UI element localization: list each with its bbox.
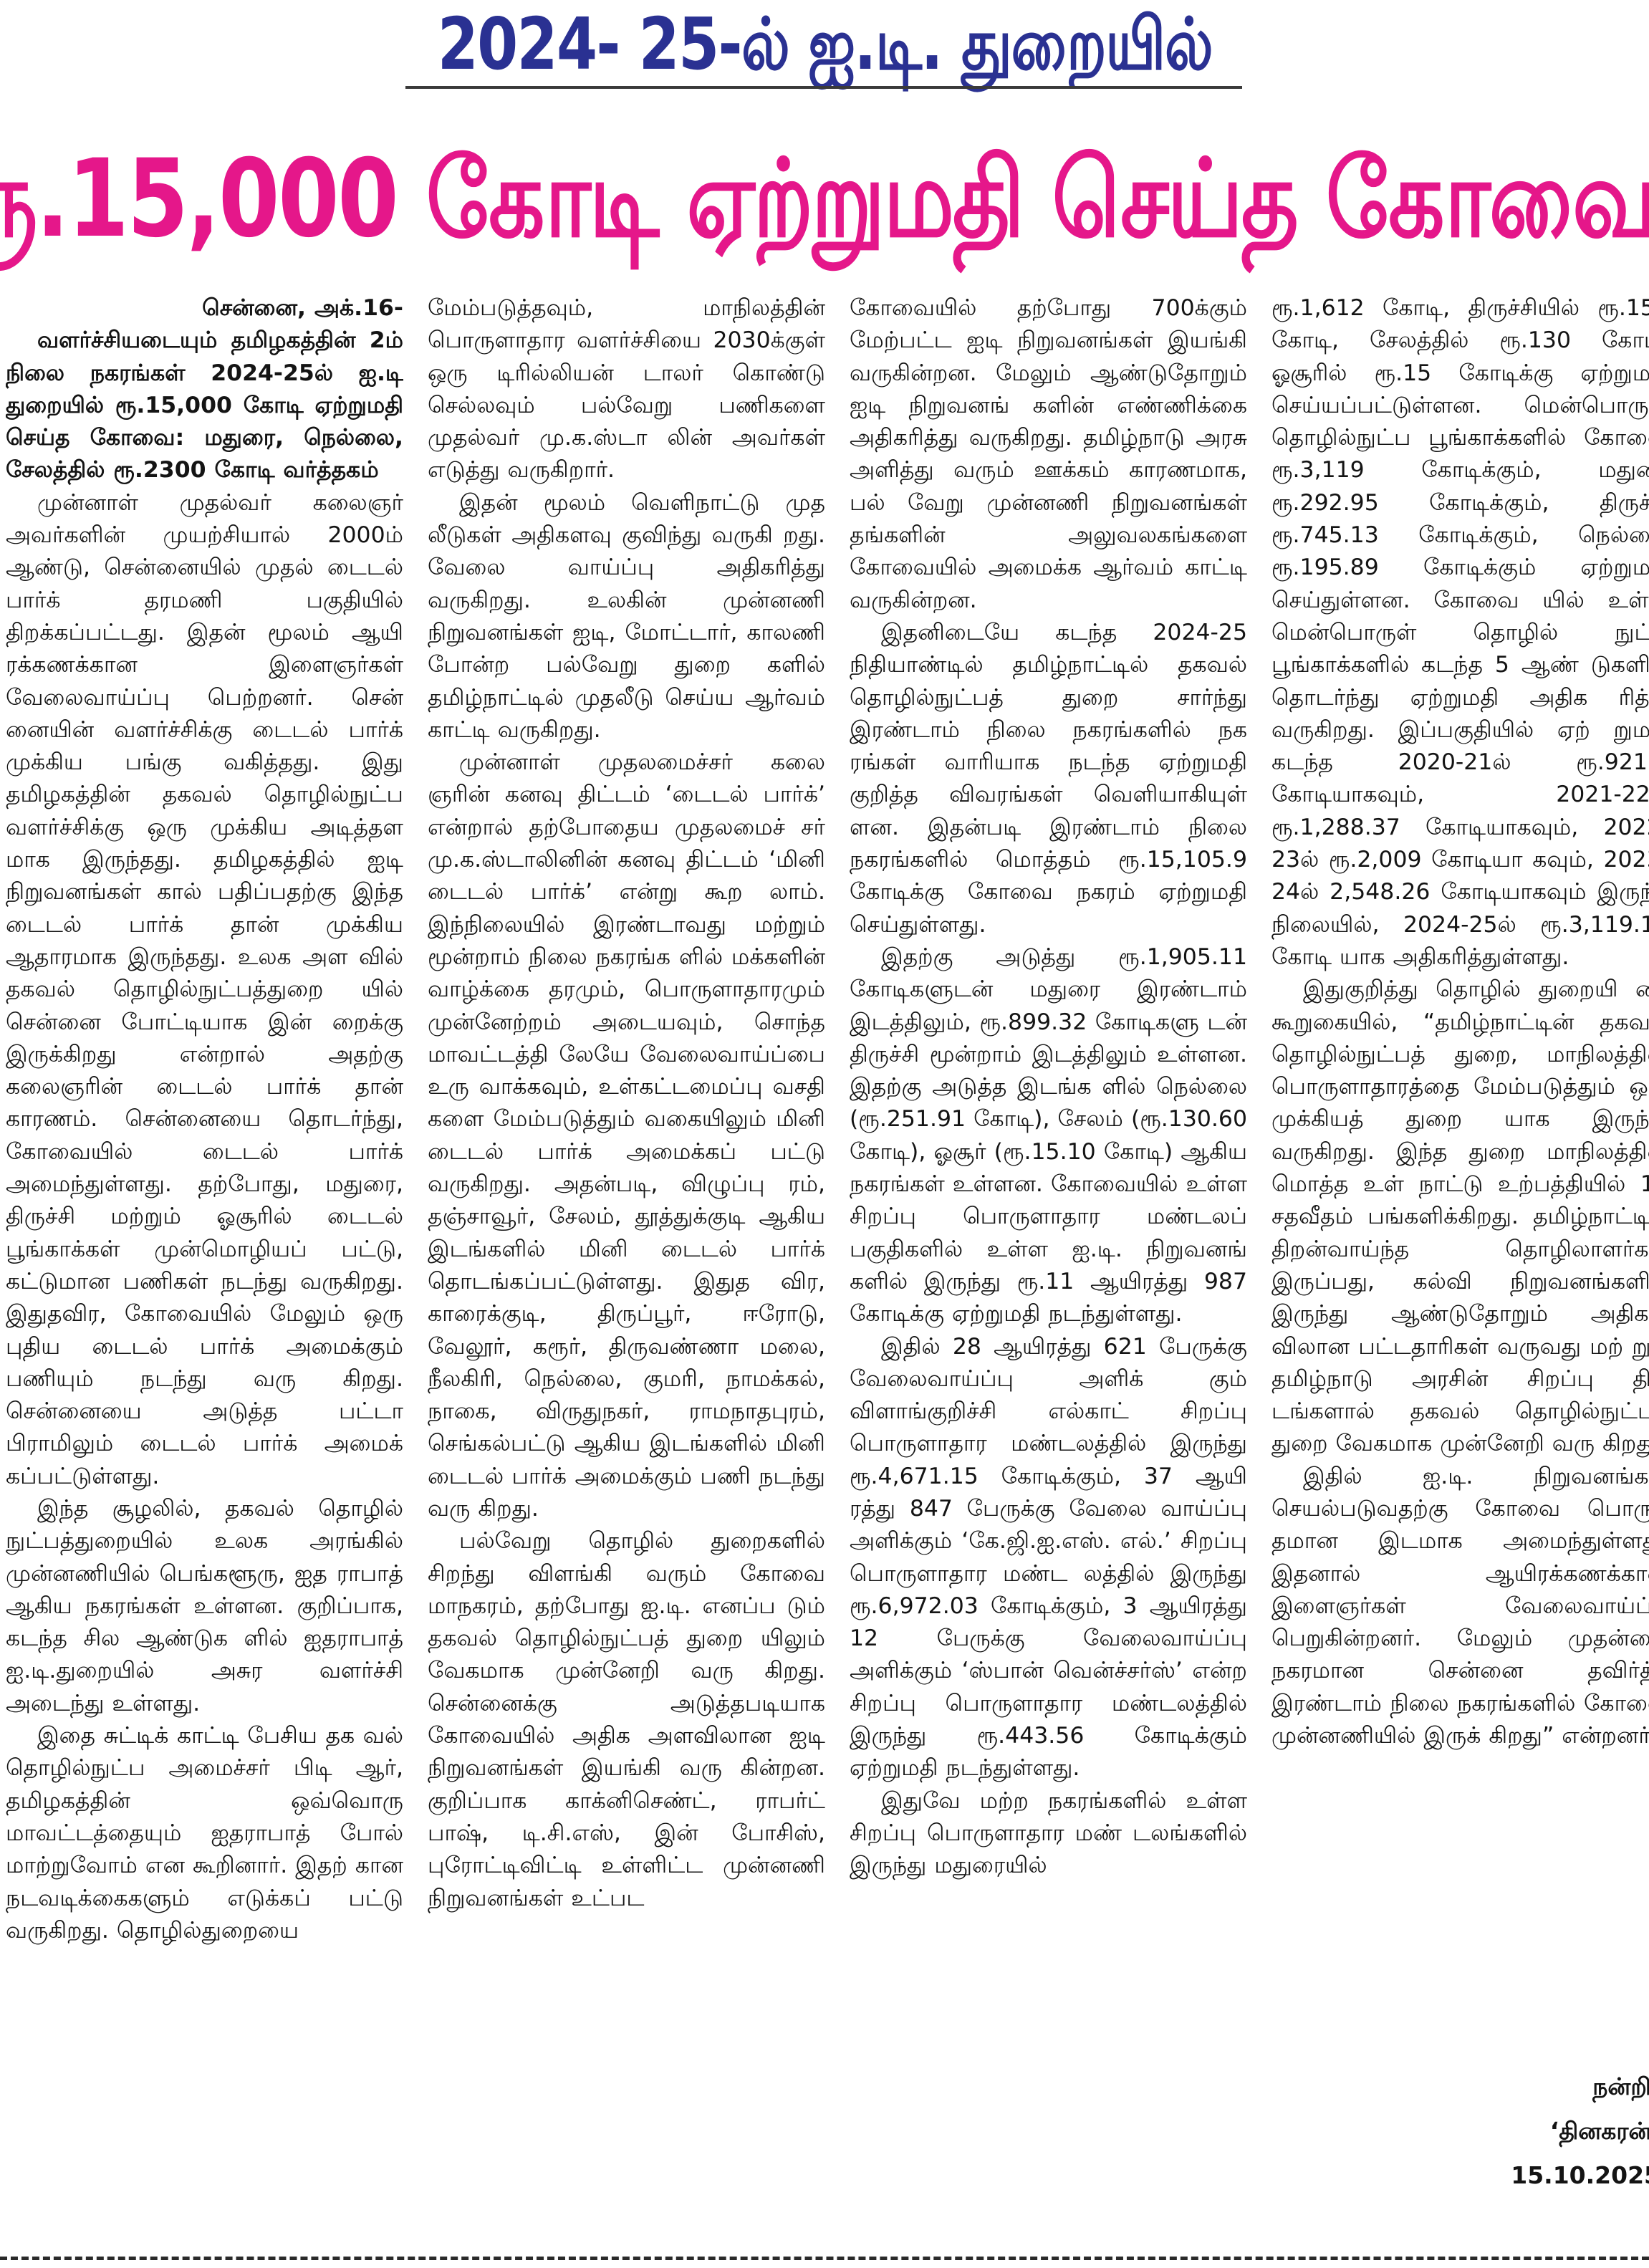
article-body: சென்னை, அக்.16- வளர்ச்சியடையும் தமிழகத்த… <box>6 292 1645 2198</box>
paragraph: இந்த சூழலில், தகவல் தொழில் நுட்பத்துறையி… <box>6 1493 403 1720</box>
article-column-4: ரூ.1,612 கோடி, திருச்சியில் ரூ.154 கோடி,… <box>1271 292 1649 2198</box>
article-column-2: மேம்படுத்தவும், மாநிலத்தின் பொருளாதார வள… <box>428 292 825 2198</box>
paragraph: முன்னாள் முதல்வர் கலைஞர் அவர்களின் முயற்… <box>6 487 403 1493</box>
credit-source: ‘தினகரன்’ <box>1511 2109 1649 2153</box>
dateline: சென்னை, அக்.16- <box>6 292 403 325</box>
paragraph: ரூ.1,612 கோடி, திருச்சியில் ரூ.154 கோடி,… <box>1271 292 1649 974</box>
paragraph: இதற்கு அடுத்து ரூ.1,905.11 கோடிகளுடன் மத… <box>850 941 1247 1331</box>
paragraph: இதில் ஐ.டி. நிறுவனங்கள் செயல்படுவதற்கு க… <box>1271 1461 1649 1753</box>
paragraph: இதை சுட்டிக் காட்டி பேசிய தக வல் தொழில்ந… <box>6 1720 403 1947</box>
kicker-headline: 2024- 25-ல் ஐ.டி. துறையில் <box>437 6 1211 83</box>
paragraph: இதில் 28 ஆயிரத்து 621 பேருக்கு வேலைவாய்ப… <box>850 1331 1247 1785</box>
paragraph: இதுகுறித்து தொழில் துறையி னர் கூறுகையில்… <box>1271 974 1649 1460</box>
article-column-1: சென்னை, அக்.16- வளர்ச்சியடையும் தமிழகத்த… <box>6 292 403 2198</box>
credit-label: நன்றி: <box>1511 2065 1649 2109</box>
clipping-dashed-border <box>0 2257 1649 2260</box>
paragraph: முன்னாள் முதலமைச்சர் கலை ஞரின் கனவு திட்… <box>428 746 825 1525</box>
paragraph: இதனிடையே கடந்த 2024-25 நிதியாண்டில் தமிழ… <box>850 617 1247 941</box>
main-headline: ரூ.15,000 கோடி ஏற்றுமதி செய்த கோவை! <box>0 128 1649 271</box>
source-credit: நன்றி: ‘தினகரன்’ 15.10.2025 <box>1511 2065 1649 2198</box>
credit-date: 15.10.2025 <box>1511 2153 1649 2198</box>
article-subhead: வளர்ச்சியடையும் தமிழகத்தின் 2ம் நிலை நகர… <box>6 325 403 486</box>
headline-container: ரூ.15,000 கோடி ஏற்றுமதி செய்த கோவை! <box>0 118 1649 279</box>
paragraph: பல்வேறு தொழில் துறைகளில் சிறந்து விளங்கி… <box>428 1525 825 1915</box>
paragraph: கோவையில் தற்போது 700க்கும் மேற்பட்ட ஐடி … <box>850 292 1247 617</box>
paragraph: மேம்படுத்தவும், மாநிலத்தின் பொருளாதார வள… <box>428 292 825 487</box>
paragraph: இதன் மூலம் வெளிநாட்டு முத லீடுகள் அதிகளவ… <box>428 487 825 746</box>
article-column-3: கோவையில் தற்போது 700க்கும் மேற்பட்ட ஐடி … <box>850 292 1247 2198</box>
paragraph: இதுவே மற்ற நகரங்களில் உள்ள சிறப்பு பொருள… <box>850 1785 1247 1883</box>
kicker-underline <box>405 86 1242 89</box>
kicker-container: 2024- 25-ல் ஐ.டி. துறையில் <box>0 0 1649 100</box>
